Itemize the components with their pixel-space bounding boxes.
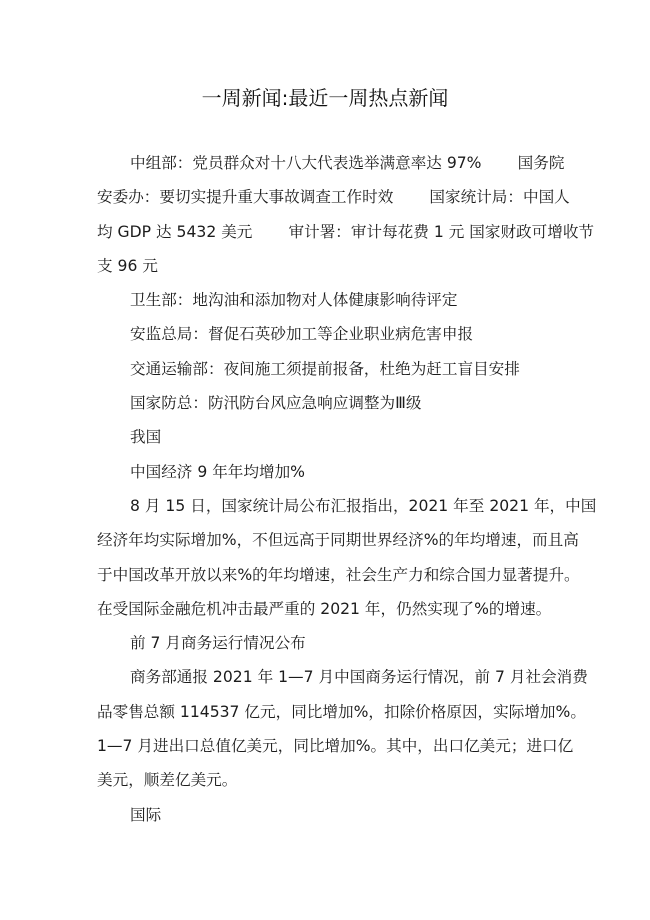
section-heading-domestic: 我国 (97, 425, 567, 459)
section-heading-international: 国际 (97, 803, 567, 837)
document-title: 一周新闻:最近一周热点新闻 (0, 86, 650, 110)
paragraph-line: 均 GDP 达 5432 美元 审计署：审计每花费 1 元 国家财政可增收节 (97, 220, 567, 254)
subheading-economy: 中国经济 9 年年均增加% (97, 460, 567, 494)
headline-flood-control: 国家防总：防汛防台风应急响应调整为Ⅲ级 (97, 391, 567, 425)
subheading-commerce: 前 7 月商务运行情况公布 (97, 631, 567, 665)
paragraph-line: 在受国际金融危机冲击最严重的 2021 年，仍然实现了%的增速。 (97, 597, 567, 631)
headline-transport: 交通运输部：夜间施工须提前报备，杜绝为赶工盲目安排 (97, 357, 567, 391)
paragraph-line: 品零售总额 114537 亿元，同比增加%，扣除价格原因，实际增加%。 (97, 700, 567, 734)
headline-safety: 安监总局：督促石英砂加工等企业职业病危害申报 (97, 322, 567, 356)
paragraph-line: 支 96 元 (97, 254, 567, 288)
paragraph-line: 中组部：党员群众对十八大代表选举满意率达 97% 国务院 (97, 151, 567, 185)
headline-health: 卫生部：地沟油和添加物对人体健康影响待评定 (97, 288, 567, 322)
document-page: 一周新闻:最近一周热点新闻 中组部：党员群众对十八大代表选举满意率达 97% 国… (0, 0, 650, 920)
paragraph-line: 1—7 月进出口总值亿美元，同比增加%。其中，出口亿美元；进口亿 (97, 734, 567, 768)
paragraph-line: 安委办：要切实提升重大事故调查工作时效 国家统计局：中国人 (97, 185, 567, 219)
paragraph-line: 经济年均实际增加%，不但远高于同期世界经济%的年均增速，而且高 (97, 528, 567, 562)
document-body: 中组部：党员群众对十八大代表选举满意率达 97% 国务院 安委办：要切实提升重大… (97, 151, 567, 837)
paragraph-line: 8 月 15 日，国家统计局公布汇报指出，2021 年至 2021 年，中国 (97, 494, 567, 528)
paragraph-line: 于中国改革开放以来%的年均增速，社会生产力和综合国力显著提升。 (97, 563, 567, 597)
paragraph-line: 商务部通报 2021 年 1—7 月中国商务运行情况，前 7 月社会消费 (97, 665, 567, 699)
paragraph-line: 美元，顺差亿美元。 (97, 768, 567, 802)
